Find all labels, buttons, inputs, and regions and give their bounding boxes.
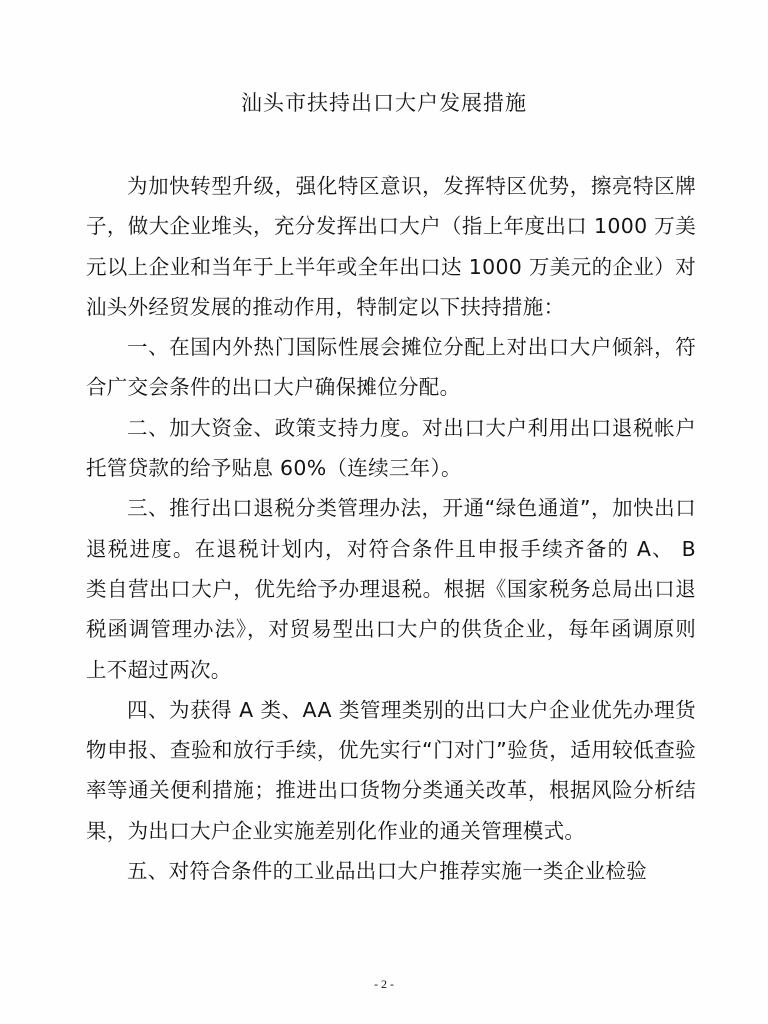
measure-4-paragraph: 四、为获得 A 类、AA 类管理类别的出口大户企业优先办理货物申报、查验和放行手… (86, 690, 696, 851)
measure-2-paragraph: 二、加大资金、政策支持力度。对出口大户利用出口退税帐户托管贷款的给予贴息 60%… (86, 408, 696, 489)
measure-5-paragraph: 五、对符合条件的工业品出口大户推荐实施一类企业检验 (86, 851, 696, 891)
measure-3-paragraph: 三、推行出口退税分类管理办法，开通“绿色通道”，加快出口退税进度。在退税计划内，… (86, 488, 696, 689)
measure-1-paragraph: 一、在国内外热门国际性展会摊位分配上对出口大户倾斜，符合广交会条件的出口大户确保… (86, 327, 696, 408)
intro-paragraph: 为加快转型升级，强化特区意识，发挥特区优势，擦亮特区牌子，做大企业堆头，充分发挥… (86, 166, 696, 327)
document-body: 为加快转型升级，强化特区意识，发挥特区优势，擦亮特区牌子，做大企业堆头，充分发挥… (86, 166, 696, 891)
page-number: - 2 - (0, 974, 768, 994)
document-title: 汕头市扶持出口大户发展措施 (0, 86, 768, 120)
document-page: 汕头市扶持出口大户发展措施 为加快转型升级，强化特区意识，发挥特区优势，擦亮特区… (0, 0, 768, 1024)
